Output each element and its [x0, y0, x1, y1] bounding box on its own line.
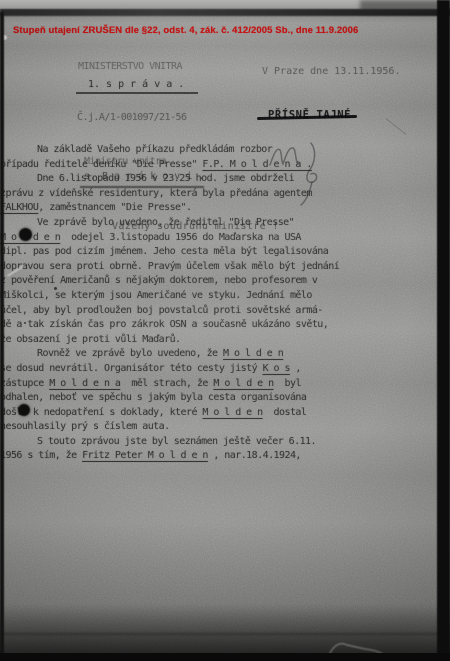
handwritten-squiggle	[266, 133, 328, 211]
paragraph-3: Ve zprávě bylo uvedeno, že ředitel "Die …	[0, 216, 345, 347]
typed-text: dopravou sera proti obrně. Pravým účelem…	[0, 261, 339, 272]
scan-corner-shade	[360, 0, 440, 12]
typed-line: Ve zprávě bylo uvedeno, že ředitel "Die …	[0, 216, 345, 231]
typed-line: došlo k nedopatření s doklady, které M o…	[0, 406, 345, 421]
underlined-name: FALKHOU	[0, 202, 38, 213]
typed-line: se dosud nevrátil. Organisátor této cest…	[0, 362, 345, 377]
paragraph-4: Rovněž ve zprávě bylo uvedeno, že M o l …	[0, 347, 345, 435]
typed-line: účel, aby byl prodloužen boj povstalců p…	[0, 304, 345, 319]
scan-edge-left	[0, 12, 4, 661]
dust-speck	[24, 322, 26, 324]
underlined-name: M o l d e n	[213, 378, 273, 389]
typed-line: že obsazení je proti vůli Maďarů.	[0, 333, 345, 348]
typed-line: Rovněž ve zprávě bylo uvedeno, že M o l …	[0, 347, 345, 362]
place-and-date: V Praze dne 13.11.1956.	[262, 66, 400, 77]
typed-content: MINISTERSTVO VNITRA 1. s p r á v a . V P…	[0, 0, 450, 661]
paragraph-5: S touto zprávou jste byl seznámen ještě …	[0, 435, 345, 464]
typed-text: zástupce	[0, 378, 49, 389]
underlined-name: Fritz Peter M o l d e n	[82, 450, 208, 461]
reference-number: Č.j.A/1-001097/21-56	[77, 112, 186, 123]
typed-text: Na základě Vašeho příkazu předkládám roz…	[37, 144, 272, 155]
declassification-stamp: Stupeň utajení ZRUŠEN dle §22, odst. 4, …	[13, 25, 358, 36]
typed-text: , nar.18.4.1924,	[208, 450, 301, 461]
scan-bottom-shade	[0, 603, 450, 655]
typed-text: dě a tak získán čas pro zákrok OSN a sou…	[0, 319, 328, 330]
typed-text: odejel 3.listopadu 1956 do Maďarska na U…	[60, 232, 301, 243]
typed-text: dipl. pas pod cizím jménem. Jeho cesta m…	[0, 246, 328, 257]
typed-text: S touto zprávou jste byl seznámen ještě …	[37, 436, 316, 447]
typed-text: účel, aby byl prodloužen boj povstalců p…	[0, 305, 323, 316]
scan-edge-bottom	[0, 653, 450, 661]
typed-line: dopravou sera proti obrně. Pravým účelem…	[0, 260, 345, 275]
department-underline	[76, 92, 198, 94]
typed-line: odhalen, neboť ve spěchu s jakým byla ce…	[0, 391, 345, 406]
typed-line: Miškolci, se kterým jsou Američané ve st…	[0, 289, 345, 304]
typed-text: odhalen, neboť ve spěchu s jakým byla ce…	[0, 392, 306, 403]
typed-text: že obsazení je proti vůli Maďarů.	[0, 334, 181, 345]
typed-text: z pověření Američanů s nějakým doktorem,…	[0, 275, 317, 286]
typed-line: zástupce M o l d e n a měl strach, že M …	[0, 377, 345, 392]
typed-text: Rovněž ve zprávě bylo uvedeno, že	[37, 348, 223, 359]
typed-line: dipl. pas pod cizím jménem. Jeho cesta m…	[0, 245, 345, 260]
typed-line: M o l d e n odejel 3.listopadu 1956 do M…	[0, 231, 345, 246]
underlined-name: M o l d e n	[223, 348, 283, 359]
typed-line: nesouhlasily prý s číslem auta.	[0, 420, 345, 435]
scanned-document: Stupeň utajení ZRUŠEN dle §22, odst. 4, …	[0, 0, 450, 661]
typed-text: měl strach, že	[120, 378, 213, 389]
typed-text: se dosud nevrátil. Organisátor této cest…	[0, 363, 263, 374]
typed-text: Ve zprávě bylo uvedeno, že ředitel "Die …	[37, 217, 294, 228]
typed-line: dě a tak získán čas pro zákrok OSN a sou…	[0, 318, 345, 333]
letterhead-organization: MINISTERSTVO VNITRA	[78, 61, 182, 72]
typed-text: Miškolci, se kterým jsou Američané ve st…	[0, 290, 312, 301]
typed-text: ,	[290, 363, 301, 374]
typed-line: z pověření Američanů s nějakým doktorem,…	[0, 274, 345, 289]
typed-text: nesouhlasily prý s číslem auta.	[0, 421, 170, 432]
typed-text: byl	[274, 378, 301, 389]
hole-punch-icon	[19, 228, 32, 241]
scan-edge-right	[437, 0, 450, 661]
typed-text: Dne 6.listopadu 1956 v 23.25 hod. jsme o…	[37, 173, 294, 184]
typed-text: došlo k nedopatření s doklady, které	[0, 407, 202, 418]
dust-speck	[54, 287, 57, 290]
typed-line: 1956 s tím, že Fritz Peter M o l d e n ,…	[0, 449, 345, 464]
typed-text: dostal	[263, 407, 307, 418]
letterhead-department: 1. s p r á v a .	[88, 79, 184, 90]
underlined-name: M o l d e n	[202, 407, 262, 418]
typed-text: 1956 s tím, že	[0, 450, 82, 461]
typed-text: , zaměstnancem "Die Presse".	[38, 202, 191, 213]
typed-text: případu ředitele deníku "Die Presse"	[0, 159, 202, 170]
hole-punch-icon	[18, 404, 30, 416]
typed-line: S touto zprávou jste byl seznámen ještě …	[0, 435, 345, 450]
underlined-name: M o l d e n a	[49, 378, 120, 389]
underlined-name: K o s	[263, 363, 290, 374]
